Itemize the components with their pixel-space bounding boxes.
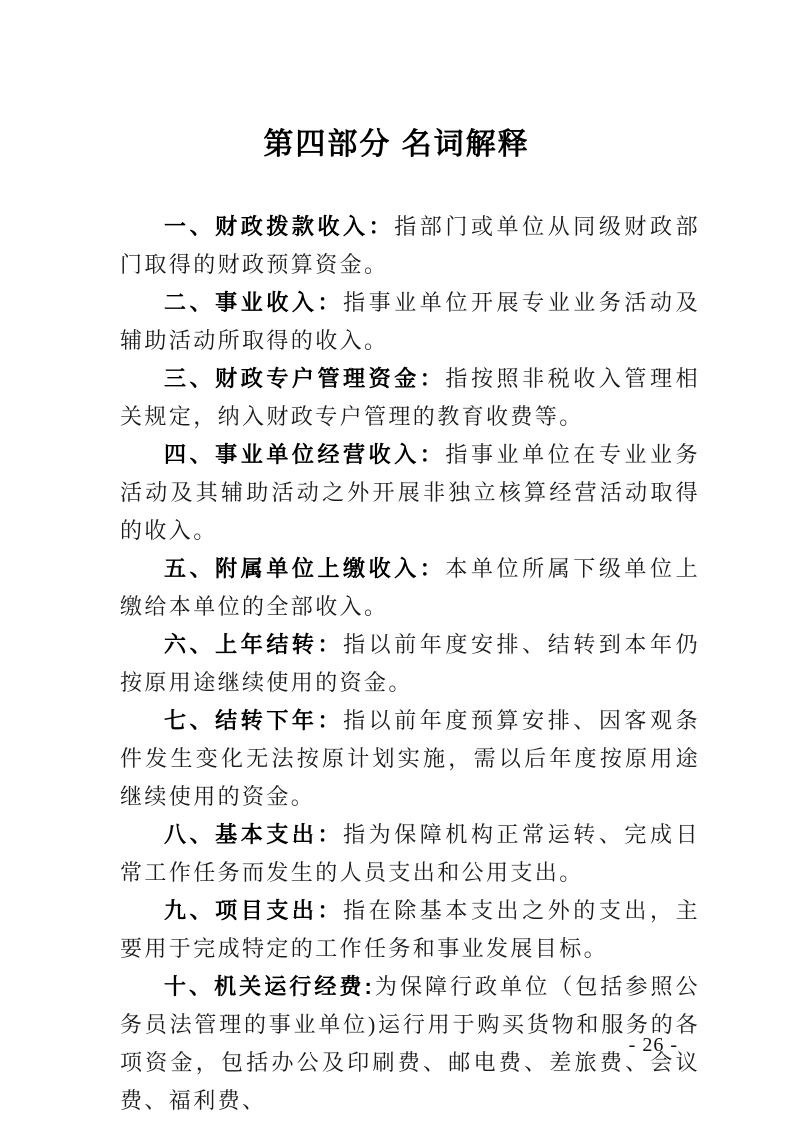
definition-item-8: 八、基本支出：指为保障机构正常运转、完成日常工作任务而发生的人员支出和公用支出。 [120, 816, 700, 892]
definition-term: 十、机关运行经费: [164, 974, 374, 999]
definition-term: 五、附属单位上缴收入： [164, 556, 445, 581]
definition-term: 三、财政专户管理资金： [164, 366, 445, 391]
definition-term: 八、基本支出： [164, 822, 343, 847]
page-number: - 26 - [629, 1034, 678, 1057]
definition-item-1: 一、财政拨款收入：指部门或单位从同级财政部门取得的财政预算资金。 [120, 208, 700, 284]
definition-term: 七、结转下年： [164, 708, 343, 733]
definition-item-4: 四、事业单位经营收入：指事业单位在专业业务活动及其辅助活动之外开展非独立核算经营… [120, 436, 700, 550]
page-title: 第四部分 名词解释 [0, 126, 793, 164]
definition-item-7: 七、结转下年：指以前年度预算安排、因客观条件发生变化无法按原计划实施，需以后年度… [120, 702, 700, 816]
document-page: 第四部分 名词解释 一、财政拨款收入：指部门或单位从同级财政部门取得的财政预算资… [0, 0, 793, 1122]
definition-term: 一、财政拨款收入： [164, 214, 394, 239]
definition-term: 四、事业单位经营收入： [164, 442, 445, 467]
definition-item-3: 三、财政专户管理资金：指按照非税收入管理相关规定，纳入财政专户管理的教育收费等。 [120, 360, 700, 436]
definition-term: 二、事业收入： [164, 290, 343, 315]
document-body: 一、财政拨款收入：指部门或单位从同级财政部门取得的财政预算资金。 二、事业收入：… [120, 208, 700, 1120]
definition-item-5: 五、附属单位上缴收入：本单位所属下级单位上缴给本单位的全部收入。 [120, 550, 700, 626]
definition-item-9: 九、项目支出：指在除基本支出之外的支出，主要用于完成特定的工作任务和事业发展目标… [120, 892, 700, 968]
definition-term: 九、项目支出： [164, 898, 343, 923]
definition-term: 六、上年结转： [164, 632, 343, 657]
definition-item-6: 六、上年结转：指以前年度安排、结转到本年仍按原用途继续使用的资金。 [120, 626, 700, 702]
definition-item-10: 十、机关运行经费:为保障行政单位（包括参照公务员法管理的事业单位)运行用于购买货… [120, 968, 700, 1120]
definition-item-2: 二、事业收入：指事业单位开展专业业务活动及辅助活动所取得的收入。 [120, 284, 700, 360]
